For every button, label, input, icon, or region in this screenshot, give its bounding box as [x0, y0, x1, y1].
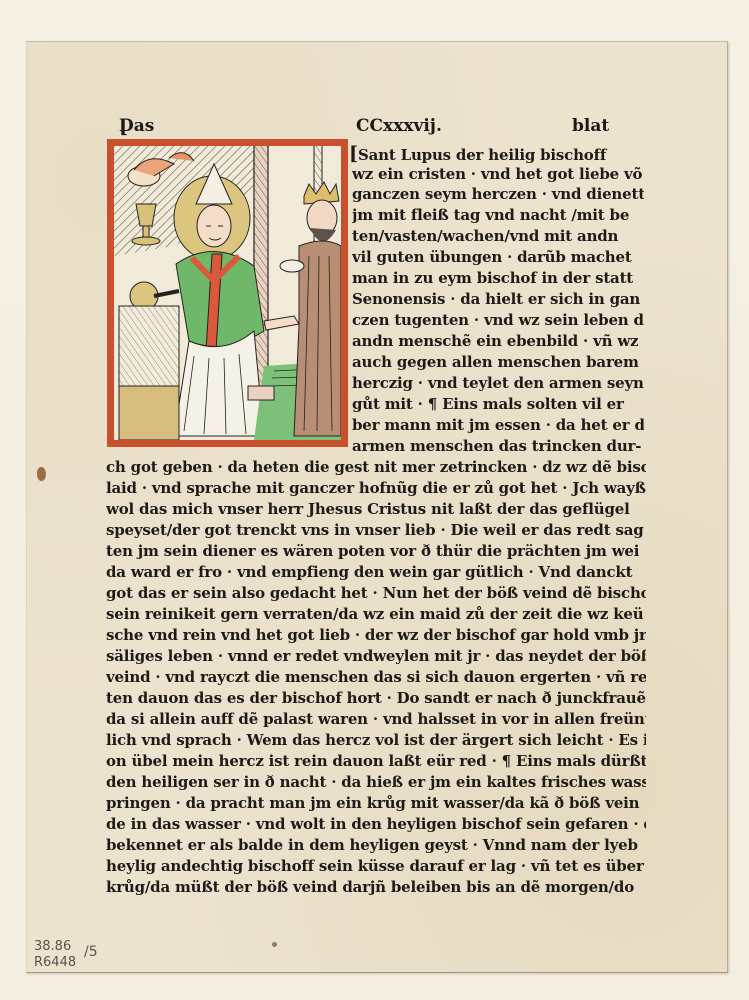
text-line: andn menschẽ ein ebenbild · vñ wz: [352, 330, 644, 352]
text-line: den heiligen ser in ð nacht · da hieß er…: [106, 771, 646, 793]
paragraph-mark-icon: [: [349, 143, 356, 165]
text-line: da ward er fro · vnd empfieng den wein g…: [106, 561, 646, 583]
text-line: jm mit fleiß tag vnd nacht /mit be: [352, 204, 644, 226]
text-line: pringen · da pracht man jm ein krůg mit …: [106, 792, 646, 814]
text-line: vil guten übungen · darũb machet: [352, 246, 644, 268]
text-line: ganczen seym herczen · vnd dienett: [352, 183, 644, 205]
text-line: czen tugenten · vnd wz sein leben dẽ: [352, 309, 644, 331]
text-line: säliges leben · vnnd er redet vndweylen …: [106, 645, 646, 667]
text-line: ten/vasten/wachen/vnd mit andn: [352, 225, 644, 247]
text-line: sein reinikeit gern verraten/da wz ein m…: [106, 603, 646, 625]
text-line: sche vnd rein vnd het got lieb · der wz …: [106, 624, 646, 646]
text-line: armen menschen das trincken dur-: [352, 435, 644, 457]
text-line-content: Sant Lupus der heilig bischoff: [358, 146, 606, 164]
text-line: got das er sein also gedacht het · Nun h…: [106, 582, 646, 604]
text-line: lich vnd sprach · Wem das hercz vol ist …: [106, 729, 646, 751]
accession-line-1: 38.86: [34, 939, 76, 955]
text-line: wz ein cristen · vnd het got liebe võ: [352, 163, 644, 185]
text-line: man in zu eym bischof in der statt: [352, 267, 644, 289]
pencil-suffix: /5: [84, 944, 98, 960]
text-line: auch gegen allen menschen barem: [352, 351, 644, 373]
text-line: Senonensis · da hielt er sich in gan: [352, 288, 644, 310]
text-line: ch got geben · da heten die gest nit mer…: [106, 456, 646, 478]
text-line: herczig · vnd teylet den armen seyn: [352, 372, 644, 394]
text-line: heylig andechtig bischoff sein küsse dar…: [106, 855, 646, 877]
text-line: ber mann mit jm essen · da het er den: [352, 414, 644, 436]
text-line: ten dauon das es der bischof hort · Do s…: [106, 687, 646, 709]
text-line: de in das wasser · vnd wolt in den heyli…: [106, 813, 646, 835]
text-line: on übel mein hercz ist rein dauon laßt e…: [106, 750, 646, 772]
body-text: [Sant Lupus der heilig bischoff wz ein c…: [0, 0, 749, 1000]
text-line: da si allein auff dẽ palast waren · vnd …: [106, 708, 646, 730]
text-line: speyset/der got trenckt vns in vnser lie…: [106, 519, 646, 541]
pencil-accession-number: 38.86 R6448: [34, 939, 76, 971]
text-line: krůg/da müßt der böß veind darjñ beleibe…: [106, 876, 646, 898]
accession-line-2: R6448: [34, 955, 76, 971]
text-line: veind · vnd rayczt die menschen das si s…: [106, 666, 646, 688]
text-line: wol das mich vnser herr Jhesus Cristus n…: [106, 498, 646, 520]
text-line: laid · vnd sprache mit ganczer hofnũg di…: [106, 477, 646, 499]
text-line: gůt mit · ¶ Eins mals solten vil er: [352, 393, 644, 415]
text-line: [Sant Lupus der heilig bischoff: [349, 143, 644, 165]
text-line: ten jm sein diener es wären poten vor ð …: [106, 540, 646, 562]
text-line: bekennet er als balde in dem heyligen ge…: [106, 834, 646, 856]
